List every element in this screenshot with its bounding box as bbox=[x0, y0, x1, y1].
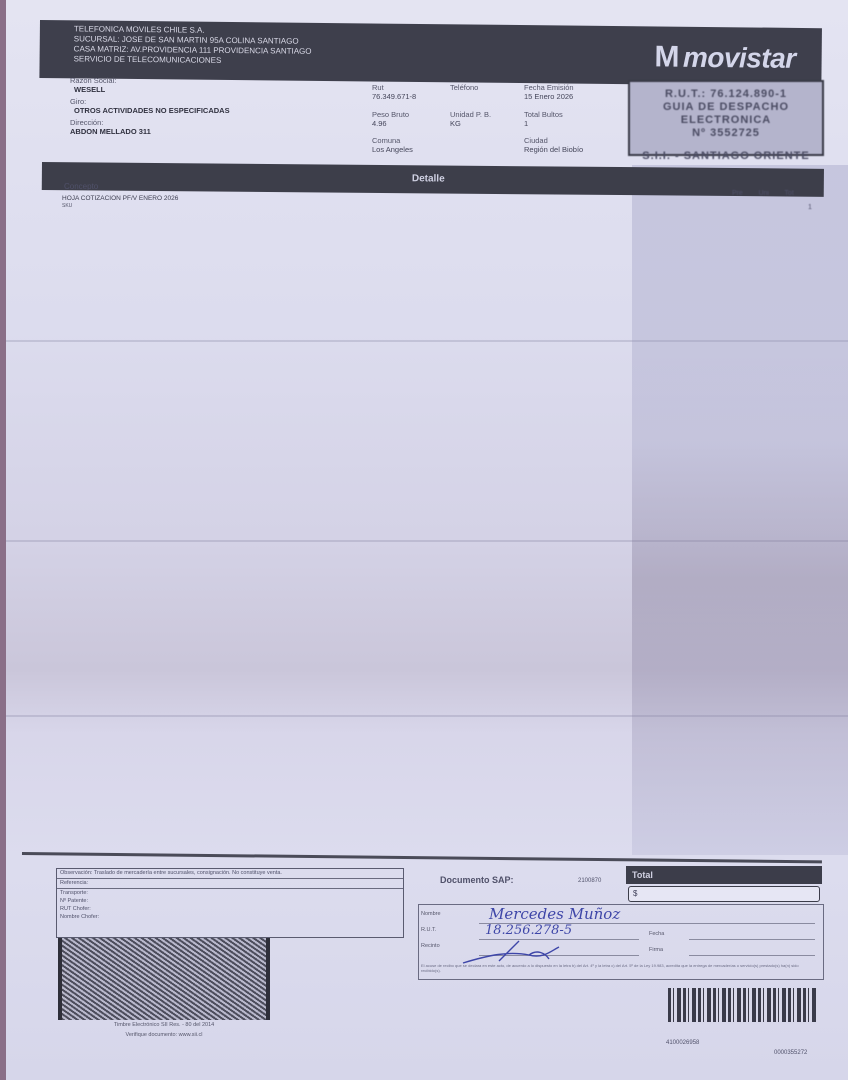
field-ciudad: Ciudad Región del Biobío bbox=[524, 136, 583, 154]
receipt-box: Nombre R.U.T. Recinto Fecha Firma Merced… bbox=[418, 904, 824, 980]
doc-sap-value: 2100870 bbox=[578, 878, 601, 884]
reference-row: Referencia: bbox=[57, 879, 403, 889]
razon-social-value: WESELL bbox=[74, 85, 230, 94]
detail-item-concept: HOJA COTIZACION PF/V ENERO 2026 bbox=[62, 195, 178, 202]
legal-fine-print: El acuse de recibo que se declara en est… bbox=[421, 963, 819, 973]
company-info: TELEFONICA MOVILES CHILE S.A. SUCURSAL: … bbox=[74, 24, 312, 66]
client-info: Razón Social: WESELL Giro: OTROS ACTIVID… bbox=[70, 76, 230, 136]
detail-item-sku: SKU bbox=[62, 203, 72, 209]
timbre-text: Timbre Electrónico SII Res. - 80 del 201… bbox=[62, 1022, 266, 1028]
field-comuna: Comuna Los Angeles bbox=[372, 136, 413, 154]
verify-text: Verifique documento: www.sii.cl bbox=[62, 1032, 266, 1038]
field-value: KG bbox=[450, 119, 491, 128]
field-label: Rut bbox=[372, 83, 416, 92]
field-value: 15 Enero 2026 bbox=[524, 92, 574, 101]
field-label: Peso Bruto bbox=[372, 110, 409, 119]
nombre-label: Nombre bbox=[421, 911, 441, 917]
field-value: 4.96 bbox=[372, 119, 409, 128]
doc-sap-label: Documento SAP: bbox=[440, 875, 514, 885]
field-value: Los Angeles bbox=[372, 145, 413, 154]
field-value: 1 bbox=[524, 119, 563, 128]
firma-line bbox=[689, 955, 815, 956]
field-fecha-emision: Fecha Emisión 15 Enero 2026 bbox=[524, 83, 574, 101]
movistar-m-icon: M bbox=[654, 40, 679, 74]
handwritten-name: Mercedes Muñoz bbox=[489, 905, 620, 923]
field-label: Ciudad bbox=[524, 136, 583, 145]
field-telefono: Teléfono bbox=[450, 83, 478, 92]
concept-label: Concepto bbox=[64, 182, 98, 191]
column-unit: Uni bbox=[758, 190, 769, 197]
barcode bbox=[668, 988, 818, 1022]
firma-label: Firma bbox=[649, 947, 663, 953]
field-label: Comuna bbox=[372, 136, 413, 145]
fecha-label: Fecha bbox=[649, 931, 664, 937]
sii-office: S.I.I. - SANTIAGO ORIENTE bbox=[628, 150, 824, 162]
razon-social-label: Razón Social: bbox=[70, 76, 230, 85]
document-type-2: ELECTRONICA bbox=[630, 114, 822, 127]
field-label: Teléfono bbox=[450, 83, 478, 92]
column-price: Pre bbox=[732, 190, 743, 197]
field-rut: Rut 76.349.671-8 bbox=[372, 83, 416, 101]
field-value: Región del Biobío bbox=[524, 145, 583, 154]
barcode-number: 4100026958 bbox=[666, 1040, 699, 1046]
total-value: $ bbox=[628, 886, 820, 902]
shadow-region bbox=[632, 165, 848, 855]
document-type: GUIA DE DESPACHO bbox=[630, 101, 822, 114]
observation-row: Observación: Traslado de mercadería entr… bbox=[57, 869, 403, 879]
total-label: Total bbox=[626, 866, 822, 884]
patente-row: Nº Patente: bbox=[57, 897, 403, 905]
detail-title: Detalle bbox=[412, 173, 445, 184]
electronic-stamp-pdf417 bbox=[58, 938, 270, 1020]
giro-label: Giro: bbox=[70, 97, 230, 106]
field-peso-bruto: Peso Bruto 4.96 bbox=[372, 110, 409, 128]
direccion-value: ABDON MELLADO 311 bbox=[70, 127, 230, 136]
movistar-logo: Mmovistar bbox=[654, 40, 796, 75]
transport-row: Transporte: bbox=[57, 889, 403, 897]
field-total-bultos: Total Bultos 1 bbox=[524, 110, 563, 128]
rut-chofer-row: RUT Chofer: bbox=[57, 905, 403, 913]
logo-text: movistar bbox=[683, 42, 796, 74]
document-number: Nº 3552725 bbox=[630, 127, 822, 140]
observations-box: Observación: Traslado de mercadería entr… bbox=[56, 868, 404, 938]
field-label: Fecha Emisión bbox=[524, 83, 574, 92]
giro-value: OTROS ACTIVIDADES NO ESPECIFICADAS bbox=[74, 106, 230, 115]
document-number-box: R.U.T.: 76.124.890-1 GUIA DE DESPACHO EL… bbox=[628, 80, 824, 156]
recinto-label: Recinto bbox=[421, 943, 440, 949]
column-total: Tot bbox=[784, 190, 793, 197]
direccion-label: Dirección: bbox=[70, 118, 230, 127]
field-value: 76.349.671-8 bbox=[372, 92, 416, 101]
issuer-rut: R.U.T.: 76.124.890-1 bbox=[630, 88, 822, 101]
field-label: Unidad P. B. bbox=[450, 110, 491, 119]
rut-label: R.U.T. bbox=[421, 927, 436, 933]
detail-column-headers: Pre Uni Tot bbox=[732, 190, 794, 197]
fecha-line bbox=[689, 939, 815, 940]
barcode-number-2: 0000355272 bbox=[774, 1050, 807, 1056]
field-label: Total Bultos bbox=[524, 110, 563, 119]
field-unidad-pb: Unidad P. B. KG bbox=[450, 110, 491, 128]
nombre-chofer-row: Nombre Chofer: bbox=[57, 913, 403, 921]
signature-icon bbox=[459, 931, 579, 967]
detail-item-qty: 1 bbox=[808, 204, 812, 211]
